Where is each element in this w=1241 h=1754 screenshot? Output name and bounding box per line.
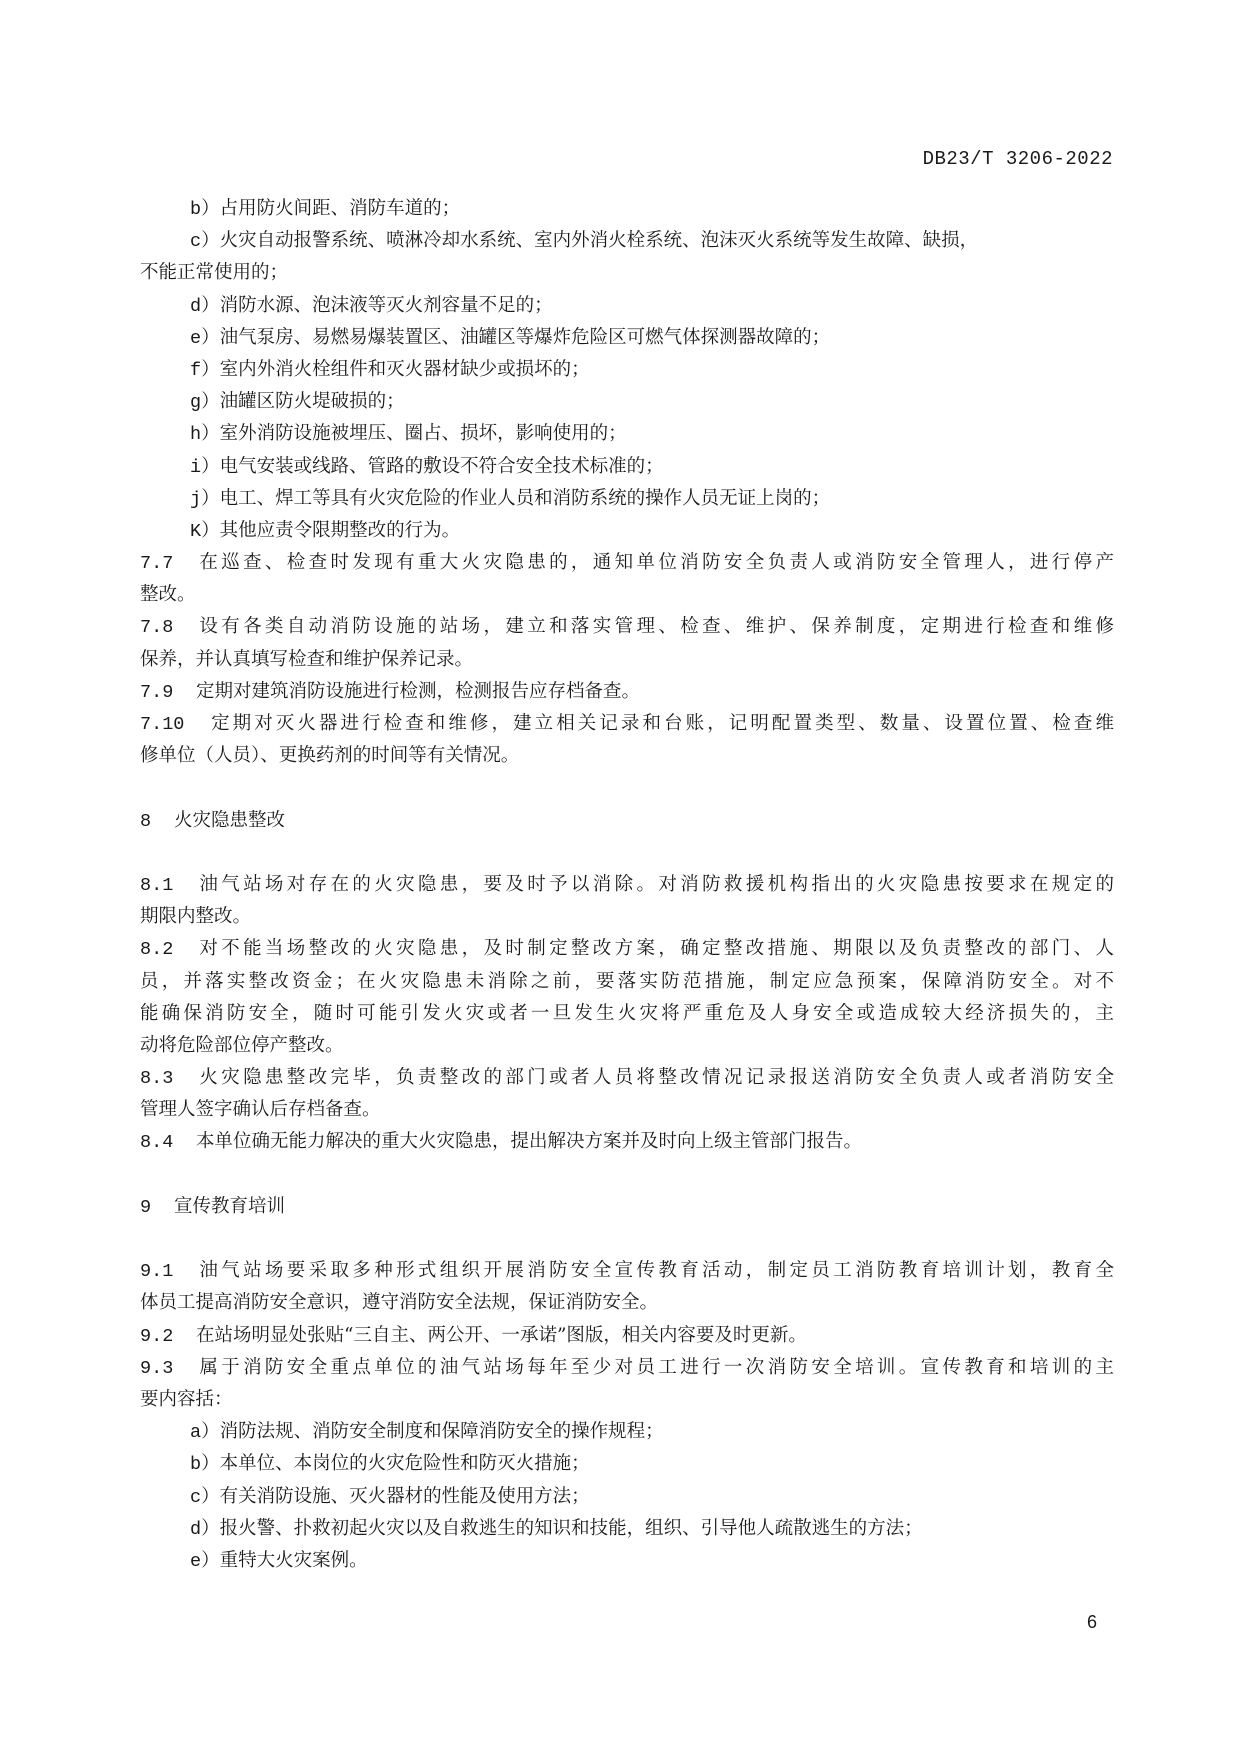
item-label: e） (190, 1546, 220, 1578)
clause-text: 在巡查、检查时发现有重大火灾隐患的，通知单位消防安全负责人或消防安全管理人，进行… (196, 552, 1114, 573)
list-item-c: c）有关消防设施、灭火器材的性能及使用方法； (140, 1481, 1114, 1513)
clause-number: 9.3 (140, 1353, 196, 1385)
clause-text-continuation: 能确保消防安全，随时可能引发火灾或者一旦发生火灾将严重危及人身安全或造成较大经济… (140, 998, 1114, 1030)
item-text: 电气安装或线路、管路的敷设不符合安全技术标准的； (220, 456, 664, 477)
item-label: b） (190, 194, 220, 226)
clause-text: 本单位确无能力解决的重大火灾隐患，提出解决方案并及时向上级主管部门报告。 (196, 1131, 862, 1152)
clause-text-continuation: 期限内整改。 (140, 901, 1114, 933)
clause-text-continuation: 体员工提高消防安全意识，遵守消防安全法规，保证消防安全。 (140, 1287, 1114, 1319)
item-label: e） (190, 323, 220, 355)
item-text: 室外消防设施被埋压、圈占、损坏，影响使用的； (220, 423, 627, 444)
clause-8-4: 8.4本单位确无能力解决的重大火灾隐患，提出解决方案并及时向上级主管部门报告。 (140, 1126, 1114, 1158)
clause-text-continuation: 保养，并认真填写检查和维护保养记录。 (140, 644, 1114, 676)
standard-code-header: DB23/T 3206-2022 (923, 148, 1113, 170)
item-label: a） (190, 1417, 220, 1449)
clause-number: 8.1 (140, 870, 196, 902)
item-text: 有关消防设施、灭火器材的性能及使用方法； (220, 1486, 590, 1507)
clause-text-continuation: 整改。 (140, 579, 1114, 611)
spacer (140, 1159, 1114, 1191)
clause-number: 7.9 (140, 677, 196, 709)
clause-7-8: 7.8设有各类自动消防设施的站场，建立和落实管理、检查、维护、保养制度，定期进行… (140, 611, 1114, 675)
clause-9-3: 9.3属于消防安全重点单位的油气站场每年至少对员工进行一次消防安全培训。宣传教育… (140, 1352, 1114, 1416)
item-text: 本单位、本岗位的火灾危险性和防灭火措施； (220, 1453, 590, 1474)
clause-number: 8.2 (140, 934, 196, 966)
list-item-d: d）报火警、扑救初起火灾以及自救逃生的知识和技能，组织、引导他人疏散逃生的方法； (140, 1513, 1114, 1545)
list-item-e: e）重特大火灾案例。 (140, 1545, 1114, 1577)
list-item-b: b）占用防火间距、消防车道的； (140, 193, 1114, 225)
item-label: g） (190, 387, 220, 419)
document-body: b）占用防火间距、消防车道的； c）火灾自动报警系统、喷淋冷却水系统、室内外消火… (140, 193, 1114, 1577)
item-text: 火灾自动报警系统、喷淋冷却水系统、室内外消火栓系统、泡沫灭火系统等发生故障、缺损… (220, 230, 979, 251)
clause-text: 火灾隐患整改完毕，负责整改的部门或者人员将整改情况记录报送消防安全负责人或者消防… (196, 1067, 1114, 1088)
item-text: 油气泵房、易燃易爆装置区、油罐区等爆炸危险区可燃气体探测器故障的； (220, 327, 831, 348)
document-page: DB23/T 3206-2022 b）占用防火间距、消防车道的； c）火灾自动报… (0, 0, 1241, 1754)
item-label: j） (190, 484, 220, 516)
clause-7-10: 7.10定期对灭火器进行检查和维修，建立相关记录和台账，记明配置类型、数量、设置… (140, 708, 1114, 772)
list-item-c-continuation: 不能正常使用的； (140, 257, 1114, 289)
clause-8-2: 8.2对不能当场整改的火灾隐患，及时制定整改方案，确定整改措施、期限以及负责整改… (140, 933, 1114, 1062)
item-label: h） (190, 419, 220, 451)
clause-text: 油气站场对存在的火灾隐患，要及时予以消除。对消防救援机构指出的火灾隐患按要求在规… (196, 874, 1114, 895)
item-text: 消防法规、消防安全制度和保障消防安全的操作规程； (220, 1421, 664, 1442)
list-item-j: j）电工、焊工等具有火灾危险的作业人员和消防系统的操作人员无证上岗的； (140, 483, 1114, 515)
clause-text: 油气站场要采取多种形式组织开展消防安全宣传教育活动，制定员工消防教育培训计划，教… (196, 1260, 1114, 1281)
list-item-g: g）油罐区防火堤破损的； (140, 386, 1114, 418)
item-label: c） (190, 226, 220, 258)
item-text: 油罐区防火堤破损的； (220, 391, 405, 412)
list-9-3-items: a）消防法规、消防安全制度和保障消防安全的操作规程； b）本单位、本岗位的火灾危… (140, 1416, 1114, 1577)
item-label: f） (190, 355, 220, 387)
clause-number: 9.2 (140, 1321, 196, 1353)
clause-text-continuation: 管理人签字确认后存档备查。 (140, 1094, 1114, 1126)
item-label: d） (190, 1514, 220, 1546)
list-item-d: d）消防水源、泡沫液等灭火剂容量不足的； (140, 290, 1114, 322)
item-label: d） (190, 291, 220, 323)
list-item-k: K）其他应责令限期整改的行为。 (140, 515, 1114, 547)
section-title: 宣传教育培训 (174, 1196, 285, 1217)
item-text: 重特大火灾案例。 (220, 1550, 368, 1571)
clause-9-1: 9.1油气站场要采取多种形式组织开展消防安全宣传教育活动，制定员工消防教育培训计… (140, 1255, 1114, 1319)
clause-text: 对不能当场整改的火灾隐患，及时制定整改方案，确定整改措施、期限以及负责整改的部门… (196, 938, 1114, 959)
section-heading-8: 8火灾隐患整改 (140, 805, 1114, 837)
list-item-c: c）火灾自动报警系统、喷淋冷却水系统、室内外消火栓系统、泡沫灭火系统等发生故障、… (140, 225, 1114, 257)
list-item-i: i）电气安装或线路、管路的敷设不符合安全技术标准的； (140, 451, 1114, 483)
clause-number: 9.1 (140, 1256, 196, 1288)
clause-number: 7.7 (140, 548, 196, 580)
item-label: i） (190, 452, 220, 484)
clause-text: 在站场明显处张贴“三自主、两公开、一承诺”图版，相关内容要及时更新。 (196, 1325, 807, 1346)
spacer (140, 772, 1114, 804)
section-heading-9: 9宣传教育培训 (140, 1191, 1114, 1223)
list-item-h: h）室外消防设施被埋压、圈占、损坏，影响使用的； (140, 418, 1114, 450)
clause-text-continuation: 员，并落实整改资金；在火灾隐患未消除之前，要落实防范措施，制定应急预案，保障消防… (140, 966, 1114, 998)
clause-text: 定期对建筑消防设施进行检测，检测报告应存档备查。 (196, 681, 640, 702)
list-7-6-continued: b）占用防火间距、消防车道的； c）火灾自动报警系统、喷淋冷却水系统、室内外消火… (140, 193, 1114, 547)
list-item-a: a）消防法规、消防安全制度和保障消防安全的操作规程； (140, 1416, 1114, 1448)
clause-8-3: 8.3火灾隐患整改完毕，负责整改的部门或者人员将整改情况记录报送消防安全负责人或… (140, 1062, 1114, 1126)
clause-number: 7.8 (140, 612, 196, 644)
item-text: 消防水源、泡沫液等灭火剂容量不足的； (220, 295, 553, 316)
item-label: b） (190, 1449, 220, 1481)
clause-7-7: 7.7在巡查、检查时发现有重大火灾隐患的，通知单位消防安全负责人或消防安全管理人… (140, 547, 1114, 611)
clause-number: 8.3 (140, 1063, 196, 1095)
item-label: c） (190, 1482, 220, 1514)
clause-9-2: 9.2在站场明显处张贴“三自主、两公开、一承诺”图版，相关内容要及时更新。 (140, 1320, 1114, 1352)
list-item-b: b）本单位、本岗位的火灾危险性和防灭火措施； (140, 1448, 1114, 1480)
item-text: 电工、焊工等具有火灾危险的作业人员和消防系统的操作人员无证上岗的； (220, 488, 831, 509)
item-text: 其他应责令限期整改的行为。 (220, 520, 461, 541)
clause-text: 定期对灭火器进行检查和维修，建立相关记录和台账，记明配置类型、数量、设置位置、检… (208, 713, 1114, 734)
spacer (140, 837, 1114, 869)
clause-text-continuation: 动将危险部位停产整改。 (140, 1030, 1114, 1062)
item-label: K） (190, 516, 220, 548)
clause-number: 8.4 (140, 1127, 196, 1159)
clause-number: 7.10 (140, 709, 208, 741)
section-number: 9 (140, 1192, 174, 1224)
item-text: 室内外消火栓组件和灭火器材缺少或损坏的； (220, 359, 590, 380)
section-title: 火灾隐患整改 (174, 810, 285, 831)
clause-text-continuation: 要内容括： (140, 1384, 1114, 1416)
list-item-e: e）油气泵房、易燃易爆装置区、油罐区等爆炸危险区可燃气体探测器故障的； (140, 322, 1114, 354)
item-text: 占用防火间距、消防车道的； (220, 198, 461, 219)
clause-text: 属于消防安全重点单位的油气站场每年至少对员工进行一次消防安全培训。宣传教育和培训… (196, 1357, 1114, 1378)
item-text: 报火警、扑救初起火灾以及自救逃生的知识和技能，组织、引导他人疏散逃生的方法； (220, 1518, 923, 1539)
list-item-f: f）室内外消火栓组件和灭火器材缺少或损坏的； (140, 354, 1114, 386)
clause-7-9: 7.9定期对建筑消防设施进行检测，检测报告应存档备查。 (140, 676, 1114, 708)
spacer (140, 1223, 1114, 1255)
clause-text-continuation: 修单位（人员）、更换药剂的时间等有关情况。 (140, 740, 1114, 772)
clause-text: 设有各类自动消防设施的站场，建立和落实管理、检查、维护、保养制度，定期进行检查和… (196, 616, 1114, 637)
clause-8-1: 8.1油气站场对存在的火灾隐患，要及时予以消除。对消防救援机构指出的火灾隐患按要… (140, 869, 1114, 933)
section-number: 8 (140, 806, 174, 838)
page-number: 6 (1087, 1612, 1097, 1633)
